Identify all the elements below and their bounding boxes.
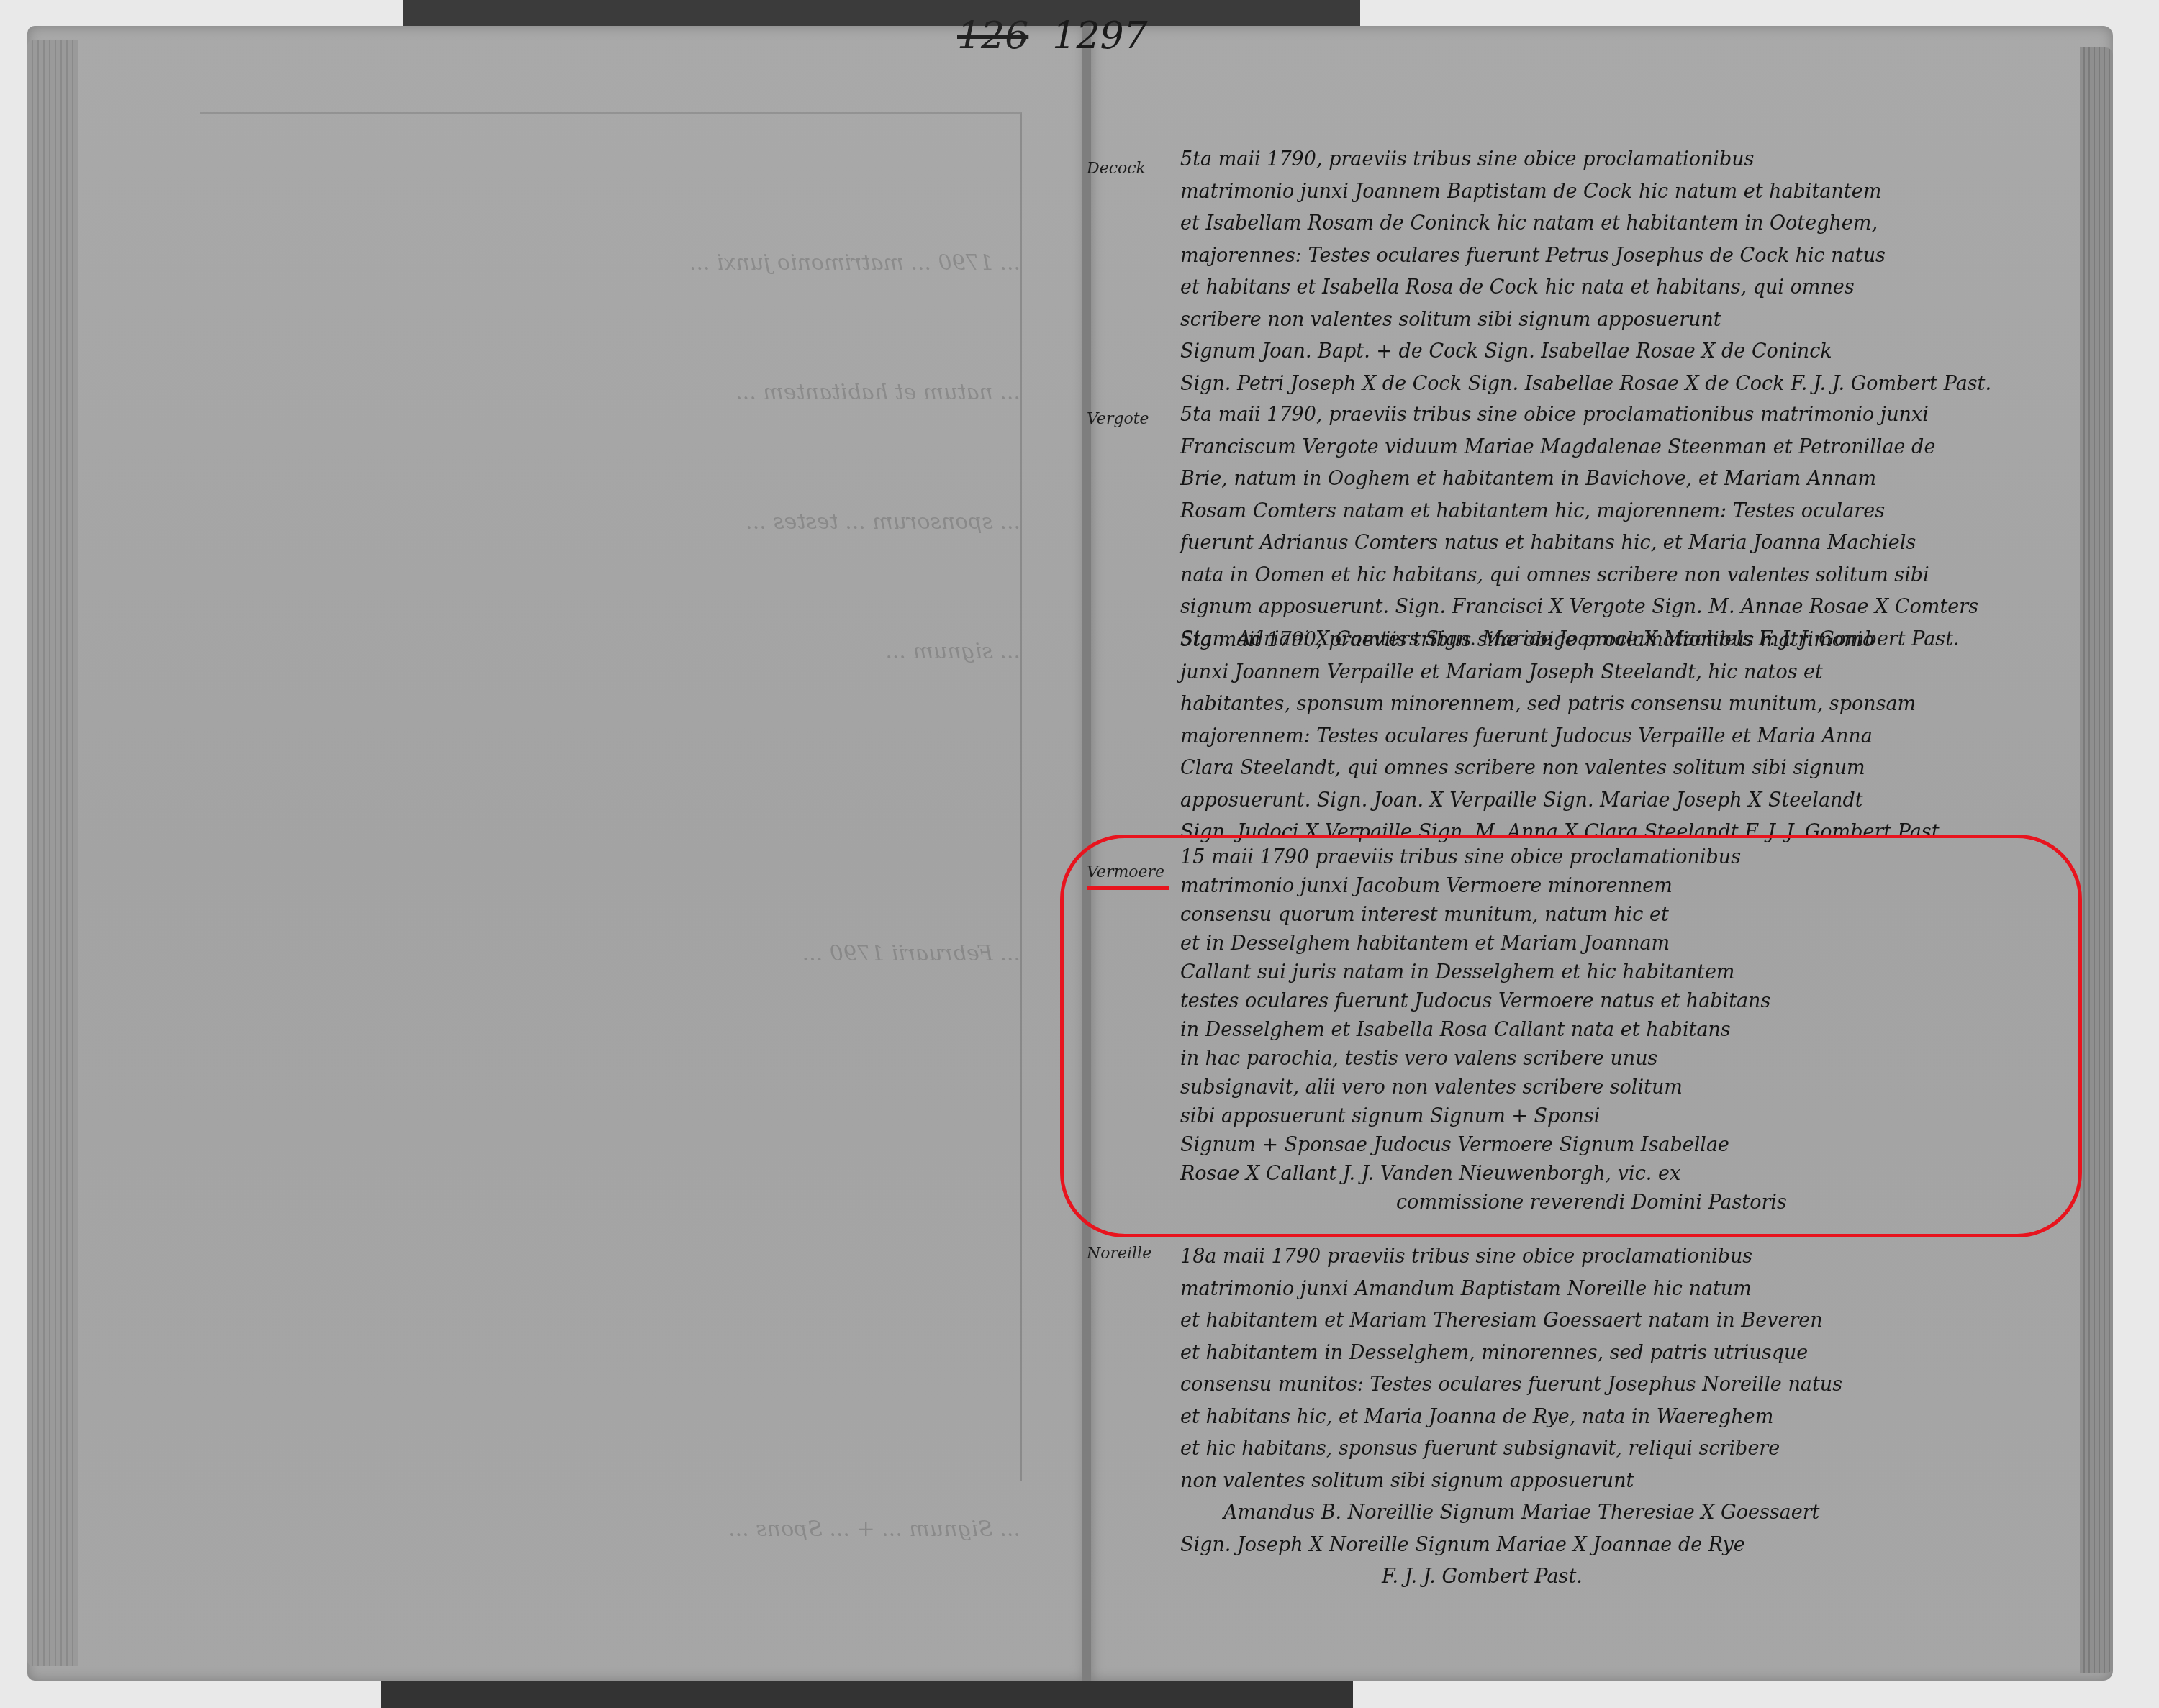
margin-name-vergote: Vergote (1087, 410, 1149, 428)
entry-vergote: 5ta maii 1790, praeviis tribus sine obic… (1180, 399, 2044, 655)
left-page: ... 1790 ... matrimonio junxi ... ... na… (27, 26, 1085, 1681)
red-highlight-annotation (1060, 835, 2082, 1237)
folio-struck: 126 (957, 14, 1028, 58)
margin-name-decock: Decock (1087, 160, 1146, 178)
entry-noreille: 18a maii 1790 praeviis tribus sine obice… (1180, 1241, 2044, 1594)
entry-decock: 5ta maii 1790, praeviis tribus sine obic… (1180, 144, 2044, 400)
left-page-stack-edge (27, 40, 78, 1666)
margin-name-noreille: Noreille (1087, 1245, 1151, 1263)
folio-current: 1297 (1052, 14, 1147, 58)
left-page-bleed-through: ... 1790 ... matrimonio junxi ... ... na… (214, 155, 1020, 1637)
entry-verpaille: 5ta maii 1790, praeviis tribus sine obic… (1180, 624, 2044, 849)
folio-number: 126 1297 (957, 14, 1148, 58)
right-page-stack-edge (2080, 47, 2113, 1673)
